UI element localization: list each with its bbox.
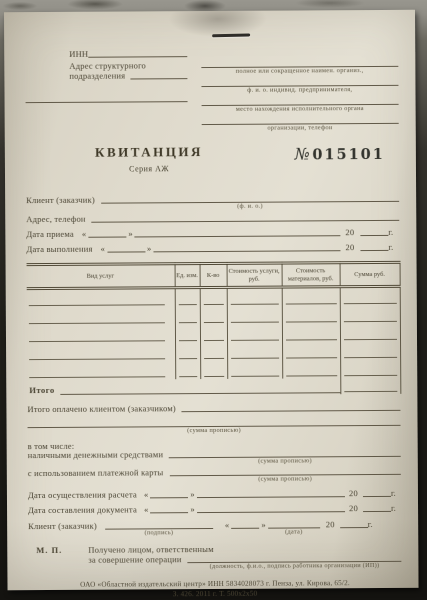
org-fio-line: ф. и. о. индивид. предпринимателя, (201, 77, 399, 95)
sign-date-line (268, 519, 320, 528)
client-block: Клиент (заказчик) (ф. и. о.) Адрес, теле… (26, 193, 399, 254)
table-row (27, 342, 400, 362)
org-phone-caption: организации, телефон (201, 124, 398, 133)
year-suffix: г. (391, 503, 396, 513)
stamp-right: Получено лицом, ответственным за соверше… (88, 543, 401, 572)
col-quantity: К-во (200, 263, 227, 287)
document-day-fill (150, 504, 188, 513)
address-line1: Адрес структурного (69, 60, 146, 70)
document-month-fill (197, 503, 345, 513)
total-paid-row: Итого оплачено клиентом (заказчиком) (27, 402, 400, 414)
stamp-block: М. П. Получено лицом, ответственным за с… (28, 543, 401, 572)
footer: ОАО «Областной издательский центр» ИНН 5… (28, 579, 401, 600)
client-signature-row: Клиент (заказчик) (подпись) « » (дата) 2… (28, 519, 401, 538)
document-date-label: Дата составления документа (28, 504, 137, 515)
amount-words-caption: (сумма прописью) (28, 426, 401, 436)
year-suffix: г. (388, 227, 393, 237)
stamp-place-label: М. П. (28, 545, 88, 572)
client-address-row: Адрес, телефон (26, 212, 399, 224)
serial-number: № 015101 (295, 149, 385, 162)
settlement-date-label: Дата осуществления расчета (28, 489, 137, 500)
address-extra-row (26, 93, 188, 103)
address-fill-line (130, 70, 187, 79)
inn-label: ИНН (69, 49, 88, 59)
org-left-column: ИНН Адрес структурного подразделения (25, 48, 187, 136)
quote-open: « (223, 520, 232, 530)
form-series: Серия АЖ (26, 164, 272, 176)
signature-fill: (подпись) (105, 520, 213, 538)
table-row (27, 286, 400, 308)
amount-words-fill: (сумма прописью) (27, 417, 400, 436)
client-address-label: Адрес, телефон (26, 214, 85, 224)
address-extra-fill (26, 93, 188, 103)
quote-open: « (142, 489, 151, 499)
payment-block: Итого оплачено клиентом (заказчиком) (су… (27, 402, 400, 485)
date-completed-day-fill (107, 243, 145, 252)
services-table-body: Итого (27, 286, 401, 396)
year-prefix: 20 (349, 503, 358, 513)
document-date-row: Дата составления документа « » 20 г. (28, 503, 401, 515)
card-label: с использованием платежной карты (28, 467, 164, 478)
table-row (27, 306, 400, 326)
settlement-day-fill (150, 489, 188, 498)
date-received-row: Дата приема « » 20 г. (26, 227, 399, 239)
cash-caption: (сумма прописью) (169, 457, 401, 466)
date-received-label: Дата приема (26, 229, 74, 239)
client-address-fill (92, 212, 400, 223)
client-fill: (ф. и. о.) (101, 193, 399, 212)
quote-open: « (80, 229, 89, 239)
settlement-month-fill (197, 488, 345, 498)
quote-open: « (142, 504, 151, 514)
col-materials-cost: Стоимость материалов, руб. (282, 263, 340, 287)
year-suffix: г. (388, 242, 393, 252)
client-sign-label: Клиент (заказчик) (28, 521, 97, 531)
total-row: Итого (27, 378, 400, 396)
client-row: Клиент (заказчик) (ф. и. о.) (26, 193, 399, 212)
org-phone-line: организации, телефон (201, 115, 399, 133)
quote-open: « (98, 244, 107, 254)
signature-caption: (подпись) (105, 529, 213, 538)
organization-header: ИНН Адрес структурного подразделения пол (25, 47, 399, 136)
received-line2-row: за совершение операции (должность, ф.и.о… (88, 553, 401, 572)
quote-close: » (126, 228, 135, 238)
year-prefix: 20 (345, 227, 354, 237)
cash-label: наличными денежными средствами (28, 449, 164, 460)
sign-year-fill (340, 519, 368, 528)
amount-words-row: (сумма прописью) (27, 417, 400, 436)
cash-fill: (сумма прописью) (169, 448, 401, 466)
inn-fill-line (88, 48, 187, 58)
org-right-column: полное или сокращенное наимен. организ.,… (201, 47, 399, 135)
receipt-content: ИНН Адрес структурного подразделения пол (4, 10, 419, 590)
position-caption: (должность, ф.и.о., подпись работника ор… (188, 562, 402, 571)
card-caption: (сумма прописью) (169, 475, 400, 484)
address-label-row2: подразделения (25, 70, 187, 81)
services-table: Вид услуг Ед. изм. К-во Стоимость услуги… (27, 261, 401, 396)
client-label: Клиент (заказчик) (26, 195, 95, 205)
year-suffix: г. (391, 488, 396, 498)
receipt-form-paper: ИНН Адрес структурного подразделения пол (4, 10, 419, 590)
table-row (27, 360, 400, 380)
col-unit: Ед. изм. (175, 264, 200, 288)
number-digits: 015101 (312, 146, 385, 163)
table-row (27, 324, 400, 344)
sign-date-caption: (дата) (268, 528, 320, 536)
quote-close: » (188, 504, 197, 514)
services-table-header: Вид услуг Ед. изм. К-во Стоимость услуги… (27, 262, 400, 288)
card-fill: (сумма прописью) (169, 466, 401, 484)
address-line2: подразделения (69, 71, 125, 81)
received-line2: за совершение операции (88, 554, 181, 565)
date-completed-year-fill (360, 242, 388, 251)
org-fio-caption: ф. и. о. индивид. предпринимателя, (201, 86, 398, 95)
year-prefix: 20 (326, 519, 335, 529)
total-paid-label: Итого оплачено клиентом (заказчиком) (27, 403, 176, 414)
sign-date-fill: (дата) (268, 519, 320, 536)
date-received-day-fill (88, 229, 126, 238)
org-location-caption: место нахождения исполнительного органа (201, 105, 398, 114)
col-service-type: Вид услуг (27, 264, 175, 289)
document-year-fill (363, 503, 391, 512)
sign-day-fill (231, 520, 259, 529)
date-completed-month-fill (153, 242, 340, 252)
date-completed-label: Дата выполнения (26, 244, 92, 254)
col-service-cost: Стоимость услуги, руб. (227, 263, 282, 287)
quote-close: » (145, 243, 154, 253)
total-fill (61, 383, 340, 395)
client-fio-caption: (ф. и. о.) (101, 202, 399, 212)
date-received-year-fill (360, 227, 388, 236)
year-prefix: 20 (349, 488, 358, 498)
quote-close: » (188, 489, 197, 499)
total-paid-fill (182, 402, 401, 412)
quote-close: » (259, 520, 268, 530)
dates-block: Дата осуществления расчета « » 20 г. Дат… (28, 488, 401, 538)
position-fill: (должность, ф.и.о., подпись работника ор… (188, 553, 402, 571)
year-prefix: 20 (345, 242, 354, 252)
title-block: КВИТАНЦИЯ Серия АЖ № 015101 (26, 146, 399, 190)
title-center: КВИТАНЦИЯ Серия АЖ (26, 147, 272, 176)
settlement-year-fill (363, 488, 391, 497)
col-sum: Сумма руб. (340, 262, 400, 286)
number-sign: № (295, 144, 310, 163)
org-name-line: полное или сокращенное наимен. организ., (201, 58, 399, 76)
card-row: с использованием платежной карты (сумма … (28, 466, 401, 485)
date-completed-row: Дата выполнения « » 20 г. (26, 242, 399, 254)
inn-row: ИНН (25, 48, 187, 59)
form-title: КВИТАНЦИЯ (26, 147, 272, 159)
org-name-caption: полное или сокращенное наимен. организ., (201, 67, 398, 76)
date-received-month-fill (135, 227, 341, 237)
year-suffix: г. (368, 519, 373, 529)
org-location-line: место нахождения исполнительного органа (201, 96, 399, 114)
total-label: Итого (29, 385, 54, 395)
cash-row: наличными денежными средствами (сумма пр… (28, 448, 401, 467)
settlement-date-row: Дата осуществления расчета « » 20 г. (28, 488, 401, 500)
